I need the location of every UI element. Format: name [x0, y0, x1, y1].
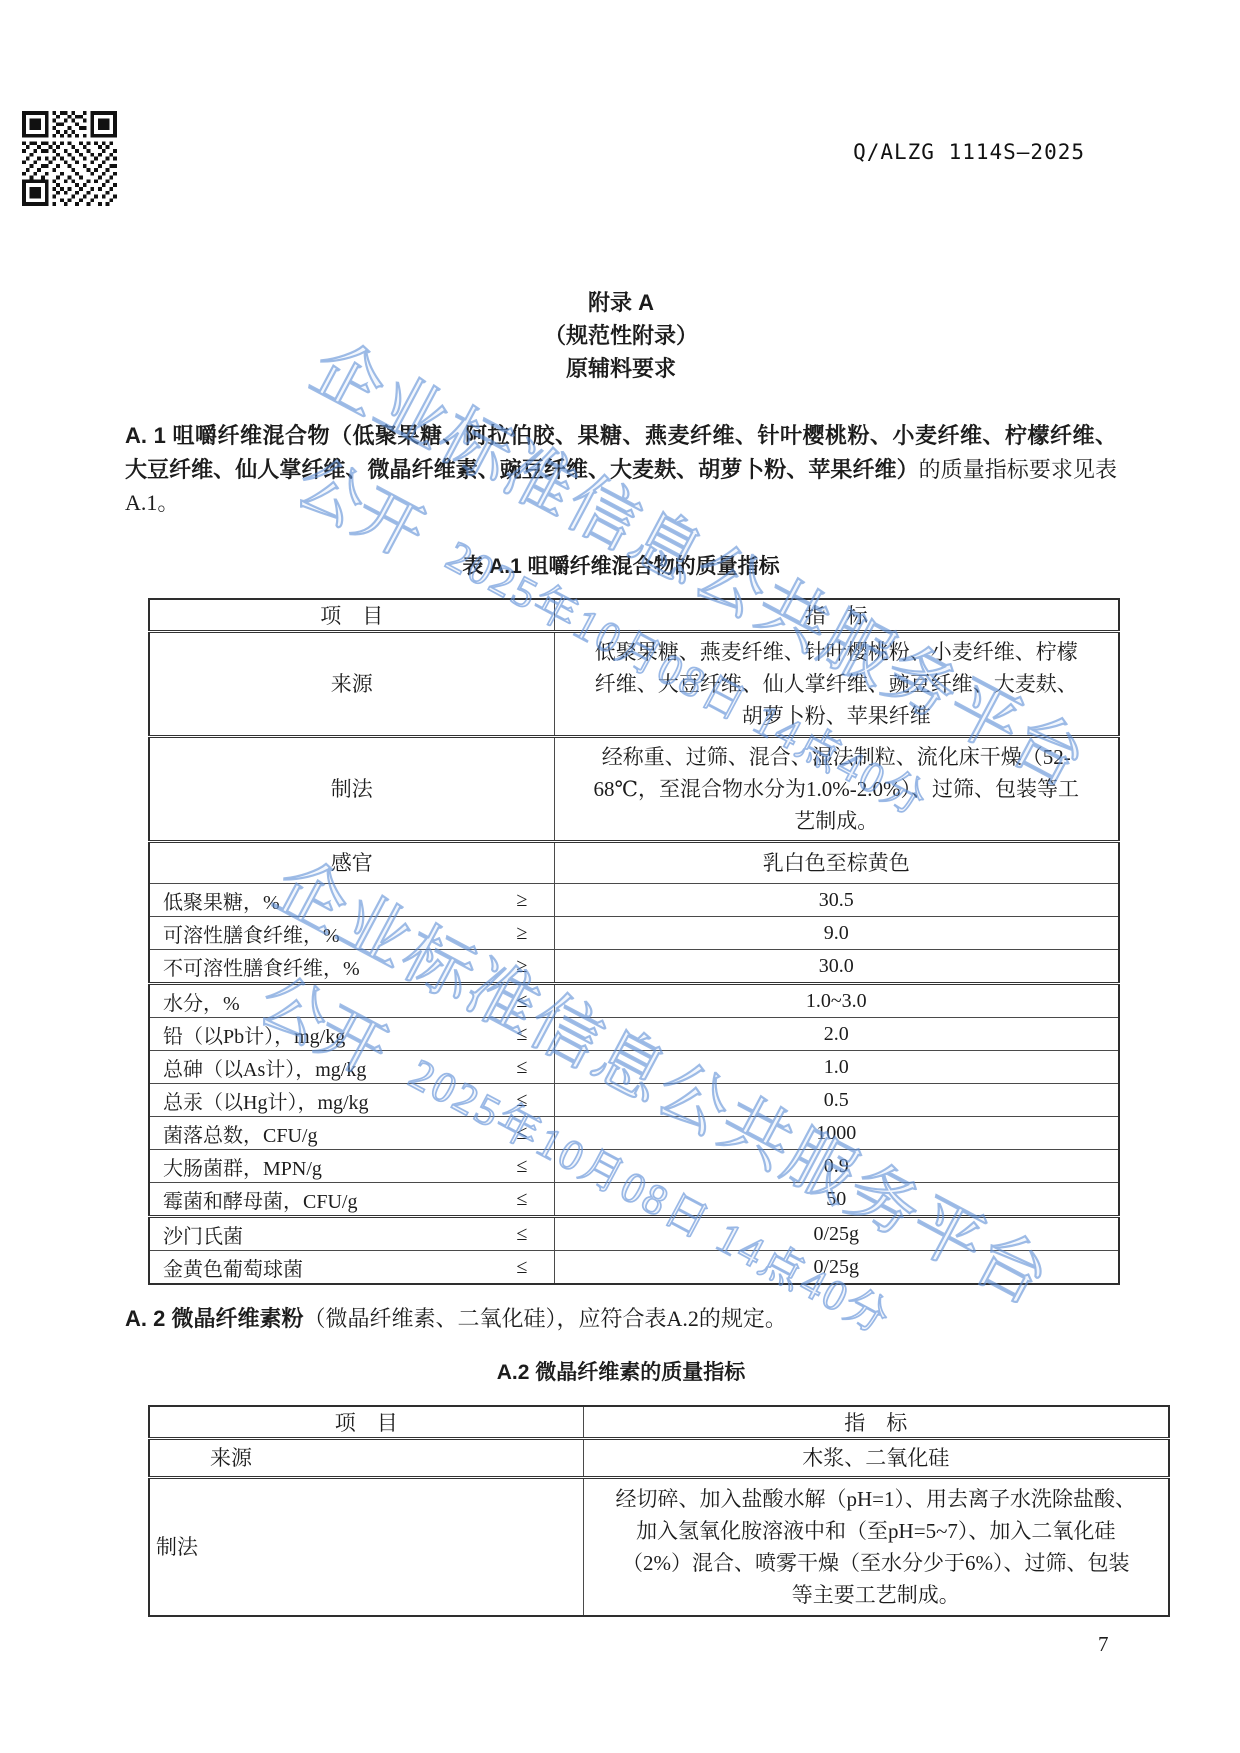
row-spec: 经切碎、加入盐酸水解（pH=1）、用去离子水洗除盐酸、 加入氢氧化胺溶液中和（至… — [583, 1478, 1169, 1617]
row-item: 总砷（以As计），mg/kg — [163, 1053, 366, 1082]
le-symbol: ≤ — [517, 1122, 528, 1145]
appendix-type: （规范性附录） — [125, 319, 1117, 352]
row-item: 制法 — [149, 737, 554, 842]
row-value: 0.9 — [554, 1150, 1119, 1183]
row-value: 0/25g — [554, 1217, 1119, 1251]
clause-a1-paragraph: A. 1 咀嚼纤维混合物（低聚果糖、阿拉伯胶、果糖、燕麦纤维、针叶樱桃粉、小麦纤… — [125, 419, 1117, 520]
column-header-spec: 指 标 — [583, 1406, 1169, 1439]
row-value: 2.0 — [554, 1018, 1119, 1051]
clause-a2-text: （微晶纤维素、二氧化硅），应符合表A.2的规定。 — [303, 1306, 786, 1331]
row-value: 30.0 — [554, 950, 1119, 984]
le-symbol: ≤ — [517, 1256, 528, 1279]
le-symbol: ≤ — [517, 1223, 528, 1246]
row-value: 0/25g — [554, 1251, 1119, 1285]
table-a2: 项 目 指 标 来源 木浆、二氧化硅 制法 经切碎、加入盐酸水解（pH=1）、用… — [148, 1405, 1170, 1617]
clause-a2-paragraph: A. 2 微晶纤维素粉（微晶纤维素、二氧化硅），应符合表A.2的规定。 — [125, 1302, 1117, 1336]
document-page: Q/ALZG 1114S—2025 附录 A （规范性附录） 原辅料要求 A. … — [0, 0, 1240, 1753]
ge-symbol: ≥ — [517, 889, 528, 912]
row-item: 大肠菌群，MPN/g — [163, 1152, 322, 1181]
ge-symbol: ≥ — [517, 922, 528, 945]
row-value: 1.0~3.0 — [554, 984, 1119, 1018]
appendix-title-block: 附录 A （规范性附录） 原辅料要求 — [125, 286, 1117, 385]
le-symbol: ≤ — [517, 1089, 528, 1112]
table-row: 金黄色葡萄球菌≤ 0/25g — [149, 1251, 1119, 1285]
row-item: 低聚果糖，% — [163, 886, 280, 915]
column-header-item: 项 目 — [149, 1406, 583, 1439]
table-row: 可溶性膳食纤维，%≥ 9.0 — [149, 917, 1119, 950]
row-spec: 经称重、过筛、混合、湿法制粒、流化床干燥（52- 68℃，至混合物水分为1.0%… — [554, 737, 1119, 842]
clause-a2-heading: A. 2 微晶纤维素粉 — [125, 1306, 303, 1331]
qr-code-graphic — [22, 110, 117, 207]
table-row: 制法 经切碎、加入盐酸水解（pH=1）、用去离子水洗除盐酸、 加入氢氧化胺溶液中… — [149, 1478, 1169, 1617]
table-row: 感官 乳白色至棕黄色 — [149, 842, 1119, 884]
table-row: 制法 经称重、过筛、混合、湿法制粒、流化床干燥（52- 68℃，至混合物水分为1… — [149, 737, 1119, 842]
document-code: Q/ALZG 1114S—2025 — [853, 140, 1085, 164]
row-item: 来源 — [149, 632, 554, 737]
table-row: 低聚果糖，%≥ 30.5 — [149, 884, 1119, 917]
table-row: 项 目 指 标 — [149, 1406, 1169, 1439]
table-row: 菌落总数，CFU/g≤ 1000 — [149, 1117, 1119, 1150]
row-item: 金黄色葡萄球菌 — [163, 1253, 303, 1282]
ge-symbol: ≥ — [517, 955, 528, 978]
row-value: 30.5 — [554, 884, 1119, 917]
qr-code — [22, 110, 117, 207]
row-spec: 低聚果糖、燕麦纤维、针叶樱桃粉、小麦纤维、柠檬 纤维、大豆纤维、仙人掌纤维、豌豆… — [554, 632, 1119, 737]
page-number: 7 — [1098, 1632, 1109, 1657]
appendix-title: 附录 A — [125, 286, 1117, 319]
table-row: 来源 低聚果糖、燕麦纤维、针叶樱桃粉、小麦纤维、柠檬 纤维、大豆纤维、仙人掌纤维… — [149, 632, 1119, 737]
le-symbol: ≤ — [517, 1155, 528, 1178]
table-row: 来源 木浆、二氧化硅 — [149, 1439, 1169, 1478]
le-symbol: ≤ — [517, 1056, 528, 1079]
row-value: 1.0 — [554, 1051, 1119, 1084]
row-item: 霉菌和酵母菌，CFU/g — [163, 1185, 357, 1214]
row-spec: 木浆、二氧化硅 — [583, 1439, 1169, 1478]
row-value: 1000 — [554, 1117, 1119, 1150]
row-item: 不可溶性膳食纤维，% — [163, 952, 360, 981]
table-row: 总砷（以As计），mg/kg≤ 1.0 — [149, 1051, 1119, 1084]
table-row: 大肠菌群，MPN/g≤ 0.9 — [149, 1150, 1119, 1183]
row-item: 沙门氏菌 — [163, 1220, 243, 1249]
appendix-subject: 原辅料要求 — [125, 352, 1117, 385]
table-row: 不可溶性膳食纤维，%≥ 30.0 — [149, 950, 1119, 984]
row-value: 50 — [554, 1183, 1119, 1217]
row-item: 总汞（以Hg计），mg/kg — [163, 1086, 369, 1115]
row-item: 菌落总数，CFU/g — [163, 1119, 317, 1148]
row-item: 可溶性膳食纤维，% — [163, 919, 340, 948]
table-row: 霉菌和酵母菌，CFU/g≤ 50 — [149, 1183, 1119, 1217]
column-header-spec: 指 标 — [554, 599, 1119, 632]
row-item: 水分，% — [163, 987, 240, 1016]
row-value: 0.5 — [554, 1084, 1119, 1117]
table-a1: 项 目 指 标 来源 低聚果糖、燕麦纤维、针叶樱桃粉、小麦纤维、柠檬 纤维、大豆… — [148, 598, 1120, 1285]
le-symbol: ≤ — [517, 1023, 528, 1046]
row-spec: 乳白色至棕黄色 — [554, 842, 1119, 884]
row-item: 铅（以Pb计），mg/kg — [163, 1020, 345, 1049]
table-row: 项 目 指 标 — [149, 599, 1119, 632]
le-symbol: ≤ — [517, 990, 528, 1013]
table-a2-caption: A.2 微晶纤维素的质量指标 — [125, 1356, 1117, 1386]
column-header-item: 项 目 — [149, 599, 554, 632]
table-row: 沙门氏菌≤ 0/25g — [149, 1217, 1119, 1251]
table-row: 总汞（以Hg计），mg/kg≤ 0.5 — [149, 1084, 1119, 1117]
table-row: 水分，%≤ 1.0~3.0 — [149, 984, 1119, 1018]
row-item: 来源 — [149, 1439, 583, 1478]
table-row: 铅（以Pb计），mg/kg≤ 2.0 — [149, 1018, 1119, 1051]
table-a1-caption: 表 A.1 咀嚼纤维混合物的质量指标 — [125, 550, 1117, 580]
row-item: 制法 — [149, 1478, 583, 1617]
row-item: 感官 — [149, 842, 554, 884]
le-symbol: ≤ — [517, 1188, 528, 1211]
row-value: 9.0 — [554, 917, 1119, 950]
